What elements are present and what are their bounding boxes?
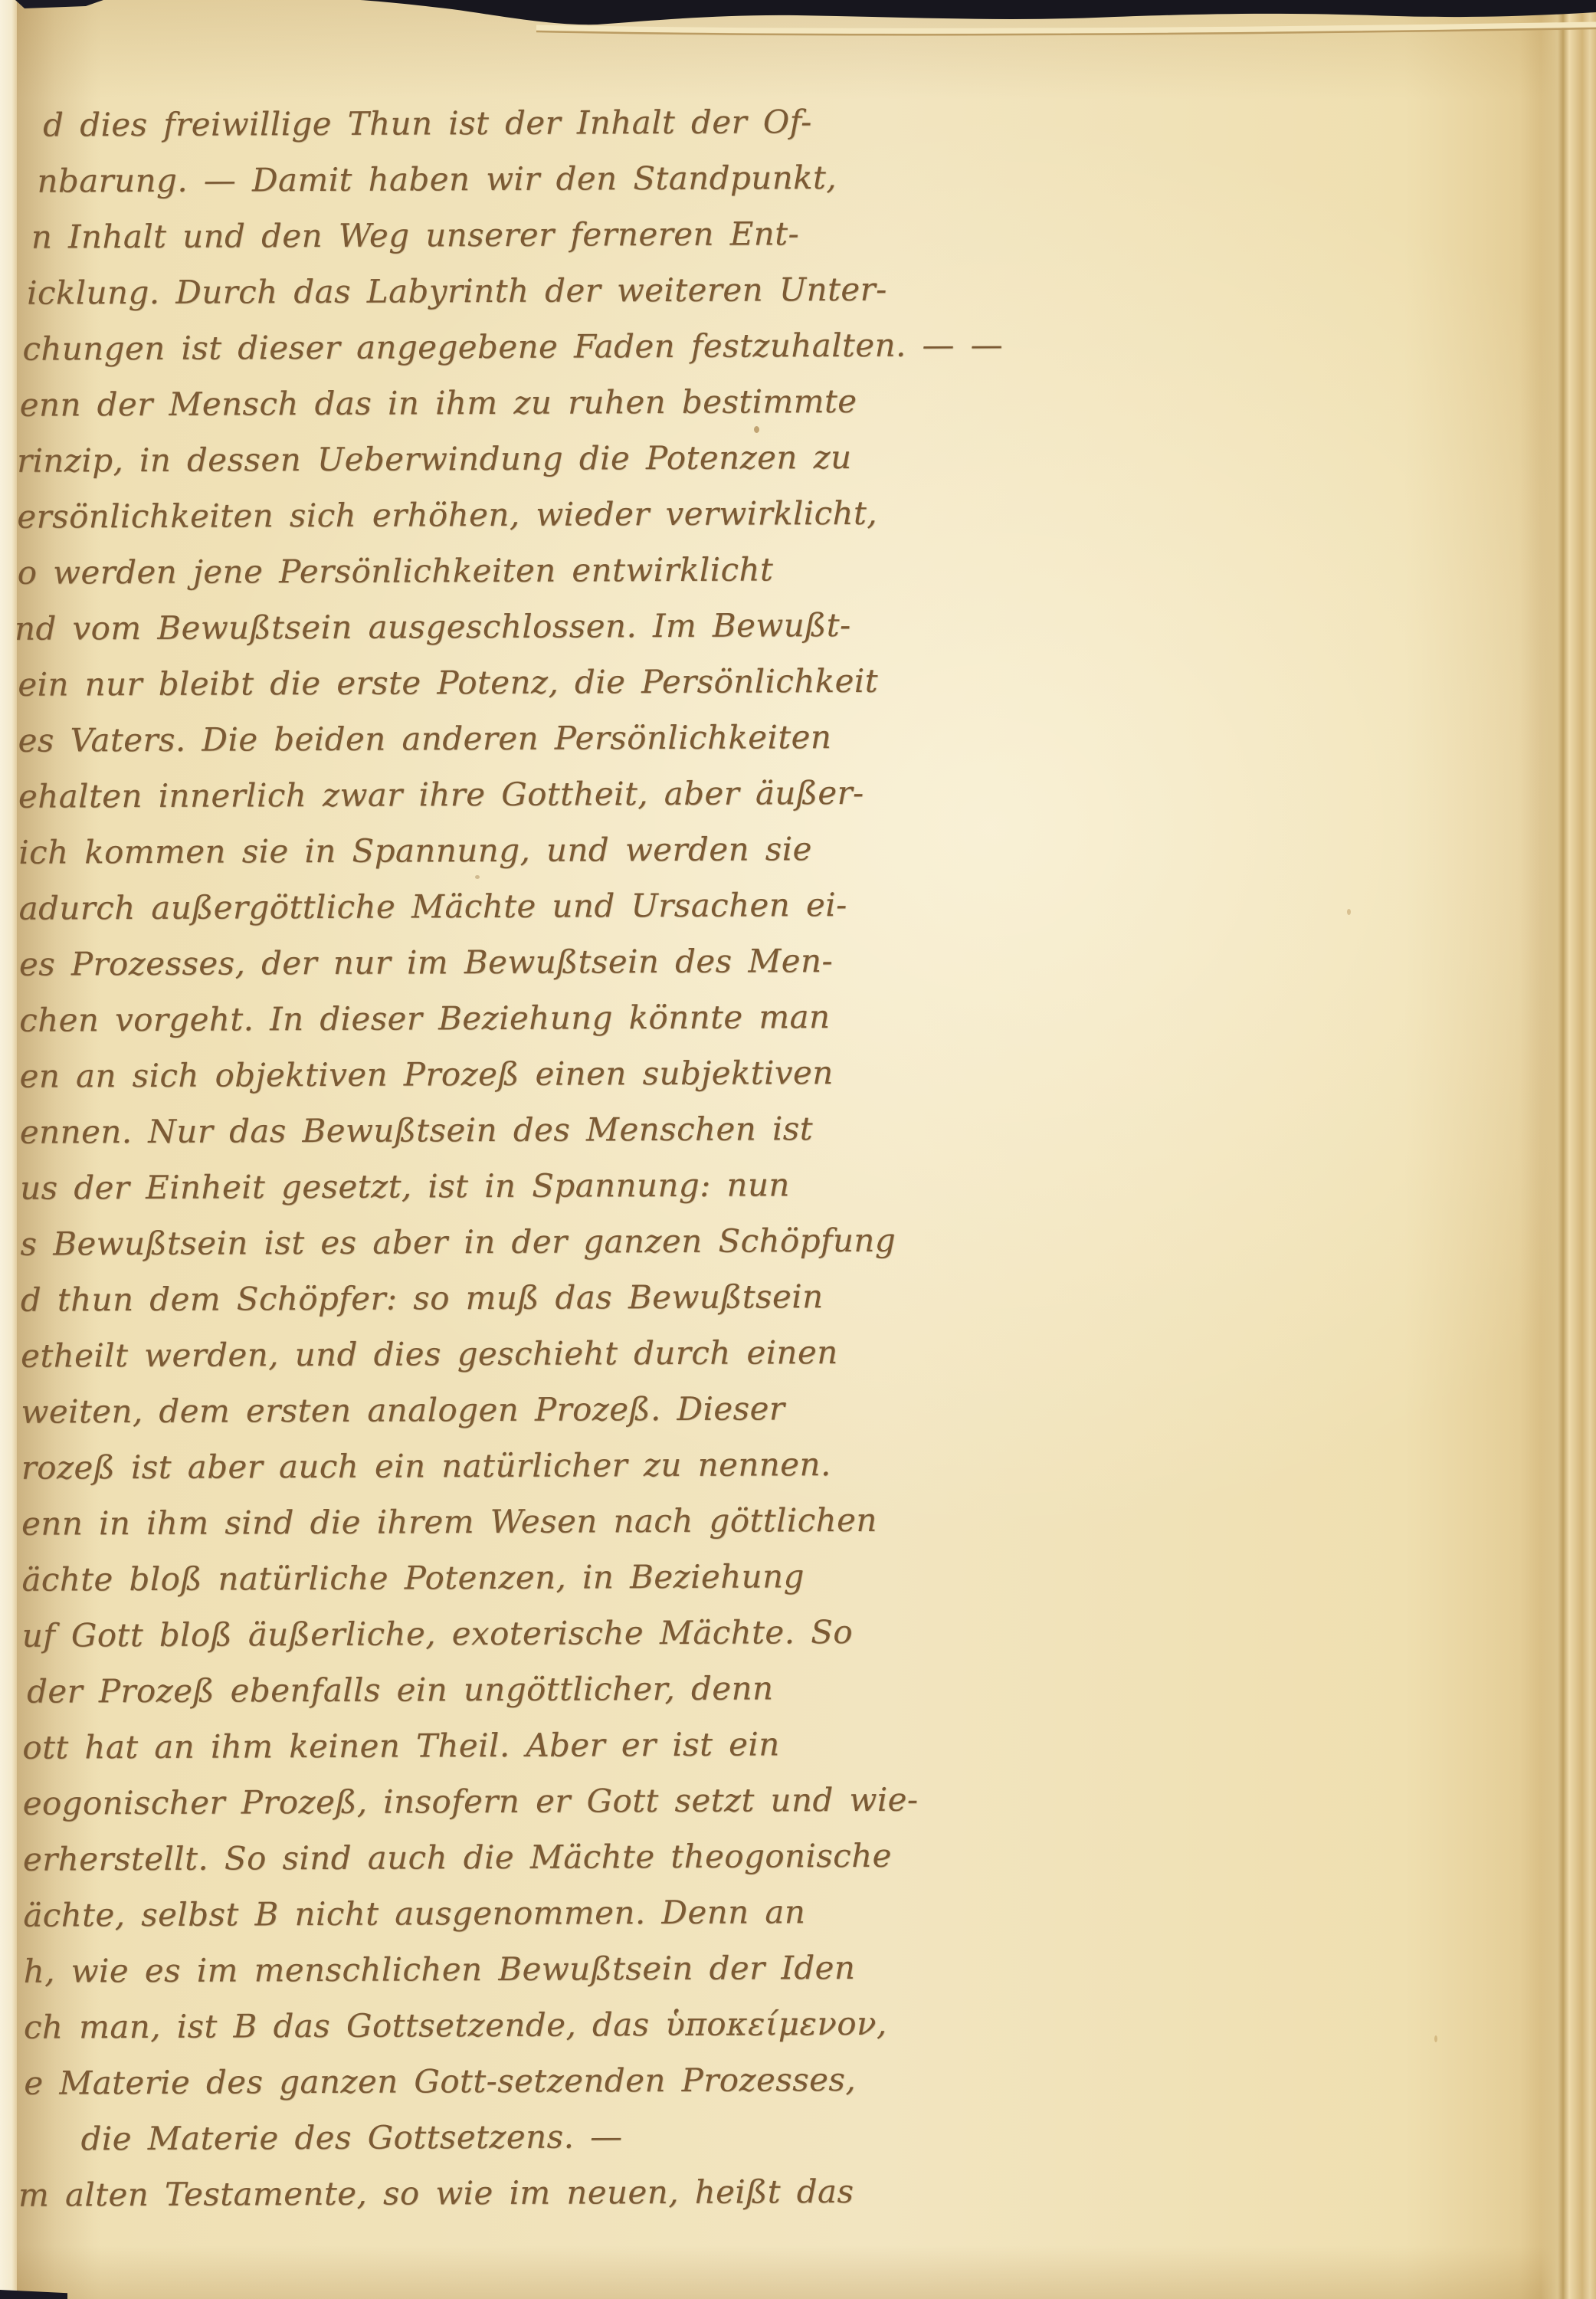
manuscript-line: etheilt werden, und dies geschieht durch… (21, 1323, 971, 1383)
manuscript-line: n Inhalt und den Weg unserer ferneren En… (31, 205, 966, 264)
manuscript-line: eogonischer Prozeß, insofern er Gott set… (23, 1771, 973, 1831)
manuscript-line: o werden jene Persönlichkeiten entwirkli… (18, 540, 968, 600)
manuscript-line: d dies freiwillige Thun ist der Inhalt d… (43, 93, 965, 153)
manuscript-line: ersönlichkeiten sich erhöhen, wieder ver… (17, 484, 967, 544)
manuscript-line: enn der Mensch das in ihm zu ruhen besti… (20, 372, 967, 432)
manuscript-line: h, wie es im menschlichen Bewußtsein der… (23, 1939, 973, 1999)
manuscript-line: rozeß ist aber auch ein natürlicher zu n… (21, 1435, 972, 1495)
manuscript-line: ein nur bleibt die erste Potenz, die Per… (18, 652, 968, 712)
manuscript-line: m alten Testamente, so wie im neuen, hei… (18, 2163, 975, 2222)
manuscript-line: nbarung. — Damit haben wir den Standpunk… (37, 149, 965, 208)
manuscript-line: weiten, dem ersten analogen Prozeß. Dies… (21, 1379, 971, 1439)
manuscript-line: der Prozeß ebenfalls ein ungöttlicher, d… (27, 1659, 972, 1719)
manuscript-text: d dies freiwillige Thun ist der Inhalt d… (15, 93, 975, 2222)
manuscript-line: nd vom Bewußtsein ausgeschlossen. Im Bew… (15, 596, 968, 656)
manuscript-line: es Vaters. Die beiden anderen Persönlich… (18, 708, 968, 768)
manuscript-line: chen vorgeht. In dieser Beziehung könnte… (19, 988, 969, 1048)
manuscript-line: ehalten innerlich zwar ihre Gottheit, ab… (18, 764, 968, 824)
manuscript-line: chungen ist dieser angegebene Faden fest… (22, 316, 966, 376)
binding-band-top (0, 0, 1596, 46)
page-bottom-shading (0, 2245, 1596, 2299)
underlying-page-edge-left (0, 0, 17, 2299)
manuscript-line: d thun dem Schöpfer: so muß das Bewußtse… (21, 1268, 971, 1327)
manuscript-line: adurch außergöttliche Mächte und Ursache… (18, 876, 968, 936)
manuscript-line: icklung. Durch das Labyrinth der weitere… (27, 261, 966, 320)
manuscript-line: die Materie des Gottsetzens. — (80, 2107, 974, 2166)
manuscript-line: ächte bloß natürliche Potenzen, in Bezie… (21, 1547, 972, 1607)
manuscript-line: ich kommen sie in Spannung, und werden s… (18, 820, 968, 880)
binding-band-wedge-left (15, 0, 103, 8)
book-fore-edge-right (1519, 0, 1596, 2299)
manuscript-line: ott hat an ihm keinen Theil. Aber er ist… (22, 1715, 972, 1775)
manuscript-line: s Bewußtsein ist es aber in der ganzen S… (20, 1212, 970, 1271)
binding-band-shape (360, 0, 1596, 25)
manuscript-line: enn in ihm sind die ihrem Wesen nach göt… (21, 1491, 972, 1551)
foxing-spot (1434, 2035, 1437, 2042)
foxing-spot (1347, 909, 1351, 915)
manuscript-line: ch man, ist B das Gottsetzende, das ὑποκ… (24, 1995, 974, 2055)
manuscript-line: rinzip, in dessen Ueberwindung die Poten… (17, 428, 967, 488)
manuscript-line: us der Einheit gesetzt, ist in Spannung:… (20, 1156, 970, 1215)
manuscript-line: e Materie des ganzen Gott-setzenden Proz… (24, 2051, 974, 2110)
manuscript-page-scan: d dies freiwillige Thun ist der Inhalt d… (0, 0, 1596, 2299)
manuscript-line: es Prozesses, der nur im Bewußtsein des … (19, 932, 969, 992)
manuscript-line: ächte, selbst B nicht ausgenommen. Denn … (23, 1883, 973, 1943)
manuscript-line: ennen. Nur das Bewußtsein des Menschen i… (20, 1100, 970, 1159)
manuscript-line: erherstellt. So sind auch die Mächte the… (23, 1827, 973, 1887)
manuscript-line: uf Gott bloß äußerliche, exoterische Mäc… (22, 1603, 972, 1663)
manuscript-line: en an sich objektiven Prozeß einen subje… (19, 1044, 969, 1104)
